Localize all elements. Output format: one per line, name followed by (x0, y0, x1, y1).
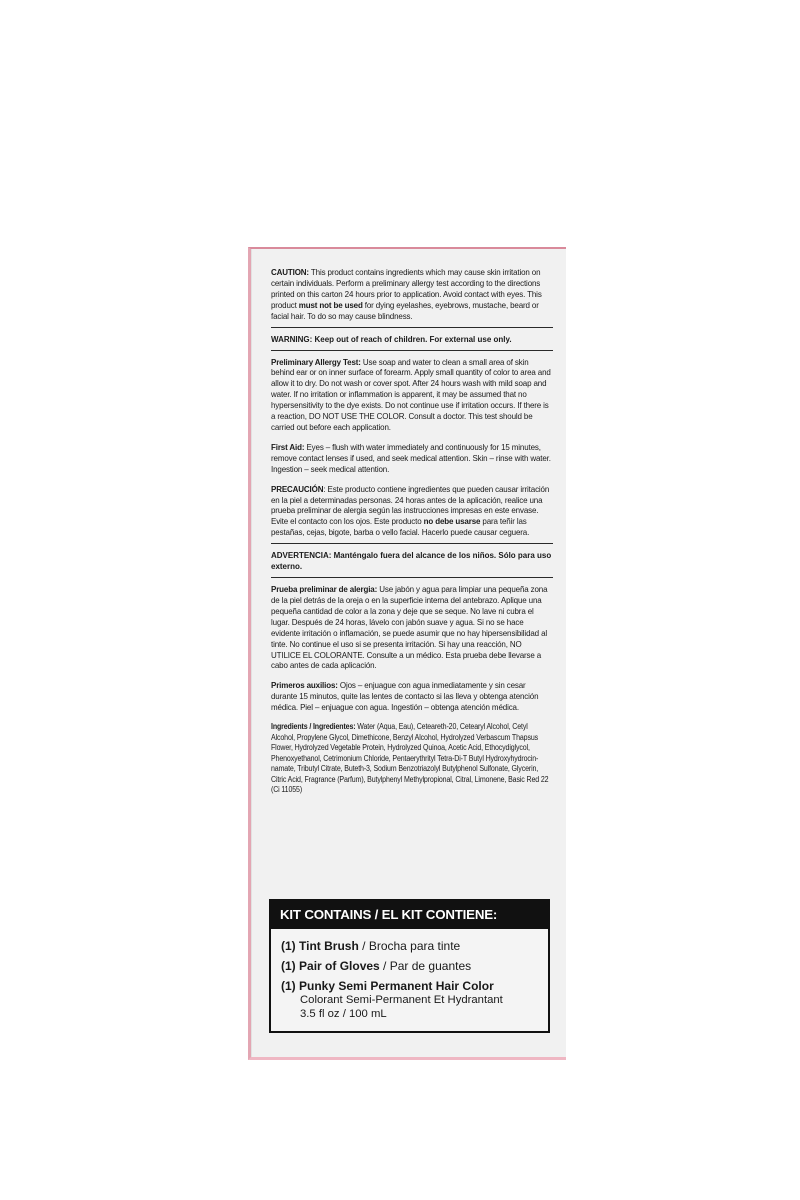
prueba-label: Prueba preliminar de alergia: (271, 584, 377, 594)
precaucion-label: PRECAUCIÓN (271, 484, 323, 494)
ingredients-paragraph: Ingredients / Ingredientes: Water (Aqua,… (271, 722, 553, 796)
kit-item-tint-brush: (1) Tint Brush / Brocha para tinte (281, 939, 538, 953)
kit-item-spanish: Brocha para tinte (369, 939, 460, 953)
warning-text: WARNING: Keep out of reach of children. … (271, 334, 553, 345)
ingredients-label: Ingredients / Ingredientes: (271, 722, 355, 731)
kit-contents-box: KIT CONTAINS / EL KIT CONTIENE: (1) Tint… (269, 899, 550, 1033)
first-aid-text: Eyes – flush with water immediately and … (271, 442, 551, 474)
kit-item-name: Punky Semi Permanent Hair Color (299, 979, 494, 993)
kit-item-qty: (1) (281, 959, 296, 973)
primeros-auxilios-paragraph: Primeros auxilios: Ojos – enjuague con a… (271, 680, 553, 713)
kit-contents-list: (1) Tint Brush / Brocha para tinte (1) P… (271, 929, 548, 1031)
kit-item-hair-color: (1) Punky Semi Permanent Hair Color Colo… (281, 979, 538, 1021)
ingredients-text: Water (Aqua, Eau), Ceteareth-20, Ceteary… (271, 722, 548, 794)
product-box-side-panel: CAUTION: This product contains ingredien… (248, 247, 566, 1060)
precaucion-paragraph: PRECAUCIÓN: Este producto contiene ingre… (271, 484, 553, 539)
caution-label: CAUTION: (271, 267, 309, 277)
caution-paragraph: CAUTION: This product contains ingredien… (271, 267, 553, 322)
kit-item-volume: 3.5 fl oz / 100 mL (281, 1007, 538, 1021)
kit-item-qty: (1) (281, 979, 296, 993)
label-text-column: CAUTION: This product contains ingredien… (271, 267, 553, 796)
precaucion-emphasis: no debe usarse (424, 516, 481, 526)
divider (271, 327, 553, 328)
kit-item-name: Pair of Gloves (299, 959, 380, 973)
divider (271, 543, 553, 544)
allergy-test-paragraph: Preliminary Allergy Test: Use soap and w… (271, 357, 553, 433)
kit-item-spanish: Par de guantes (390, 959, 471, 973)
prueba-text: Use jabón y agua para limpiar una pequeñ… (271, 584, 547, 670)
kit-item-name: Tint Brush (299, 939, 359, 953)
allergy-test-text: Use soap and water to clean a small area… (271, 357, 551, 432)
kit-contents-header: KIT CONTAINS / EL KIT CONTIENE: (271, 901, 548, 929)
kit-item-qty: (1) (281, 939, 296, 953)
allergy-test-label: Preliminary Allergy Test: (271, 357, 361, 367)
first-aid-label: First Aid: (271, 442, 304, 452)
divider (271, 350, 553, 351)
kit-item-gloves: (1) Pair of Gloves / Par de guantes (281, 959, 538, 973)
primeros-auxilios-label: Primeros auxilios: (271, 680, 338, 690)
kit-item-sep: / (359, 939, 369, 953)
prueba-paragraph: Prueba preliminar de alergia: Use jabón … (271, 584, 553, 671)
first-aid-paragraph: First Aid: Eyes – flush with water immed… (271, 442, 553, 475)
divider (271, 577, 553, 578)
kit-item-sep: / (380, 959, 390, 973)
kit-item-subtitle: Colorant Semi-Permanent Et Hydrantant (281, 993, 538, 1007)
advertencia-text: ADVERTENCIA: Manténgalo fuera del alcanc… (271, 550, 553, 572)
caution-emphasis: must not be used (299, 300, 363, 310)
